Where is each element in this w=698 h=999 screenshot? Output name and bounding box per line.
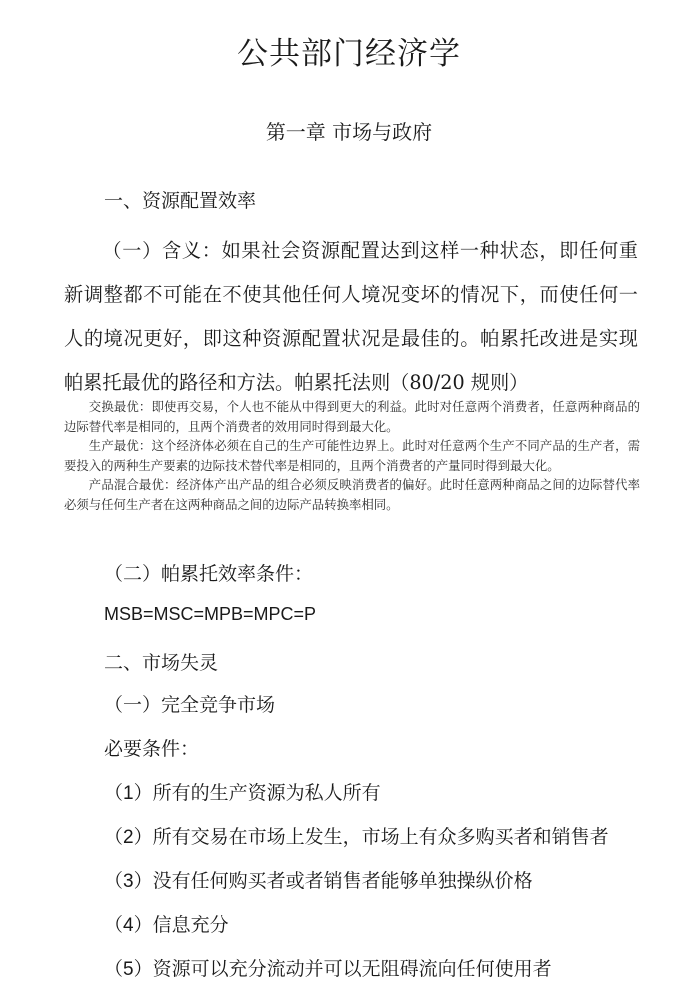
condition-item: （2）所有交易在市场上发生，市场上有众多购买者和销售者 <box>104 822 609 849</box>
condition-text: 资源可以充分流动并可以无阻碍流向任何使用者 <box>153 958 552 980</box>
production-optimum-paragraph: 生产最优：这个经济体必须在自己的生产可能性边界上。此时对任意两个生产不同产品的生… <box>64 436 640 475</box>
condition-text: 所有的生产资源为私人所有 <box>153 782 381 804</box>
definition-paragraph: （一）含义：如果社会资源配置达到这样一种状态，即任何重新调整都不可能在不使其他任… <box>64 229 638 405</box>
condition-text: 所有交易在市场上发生，市场上有众多购买者和销售者 <box>153 826 609 848</box>
condition-item: （3）没有任何购买者或者销售者能够单独操纵价格 <box>104 866 533 893</box>
condition-item: （1）所有的生产资源为私人所有 <box>104 778 381 805</box>
condition-item: （4）信息充分 <box>104 910 229 937</box>
pareto-formula: MSB=MSC=MPB=MPC=P <box>104 604 316 625</box>
condition-text: 信息充分 <box>153 914 229 936</box>
condition-number: （2） <box>104 827 153 848</box>
condition-number: （5） <box>104 959 153 980</box>
condition-number: （1） <box>104 783 153 804</box>
section-heading-resource-efficiency: 一、资源配置效率 <box>104 186 256 213</box>
condition-number: （3） <box>104 871 153 892</box>
product-mix-optimum-paragraph: 产品混合最优：经济体产出产品的组合必须反映消费者的偏好。此时任意两种商品之间的边… <box>64 475 640 514</box>
necessary-conditions-label: 必要条件： <box>104 734 199 761</box>
chapter-title: 第一章 市场与政府 <box>0 116 698 145</box>
condition-item: （5）资源可以充分流动并可以无阻碍流向任何使用者 <box>104 954 552 981</box>
condition-text: 没有任何购买者或者销售者能够单独操纵价格 <box>153 870 533 892</box>
section-heading-market-failure: 二、市场失灵 <box>104 648 218 675</box>
scanned-excerpt: 交换最优：即使再交易，个人也不能从中得到更大的利益。此时对任意两个消费者，任意两… <box>64 397 640 514</box>
subheading-pareto-conditions: （二）帕累托效率条件： <box>104 559 313 586</box>
exchange-optimum-paragraph: 交换最优：即使再交易，个人也不能从中得到更大的利益。此时对任意两个消费者，任意两… <box>64 397 640 436</box>
condition-number: （4） <box>104 915 153 936</box>
document-title: 公共部门经济学 <box>0 28 698 73</box>
subheading-perfect-competition: （一）完全竞争市场 <box>104 690 275 717</box>
